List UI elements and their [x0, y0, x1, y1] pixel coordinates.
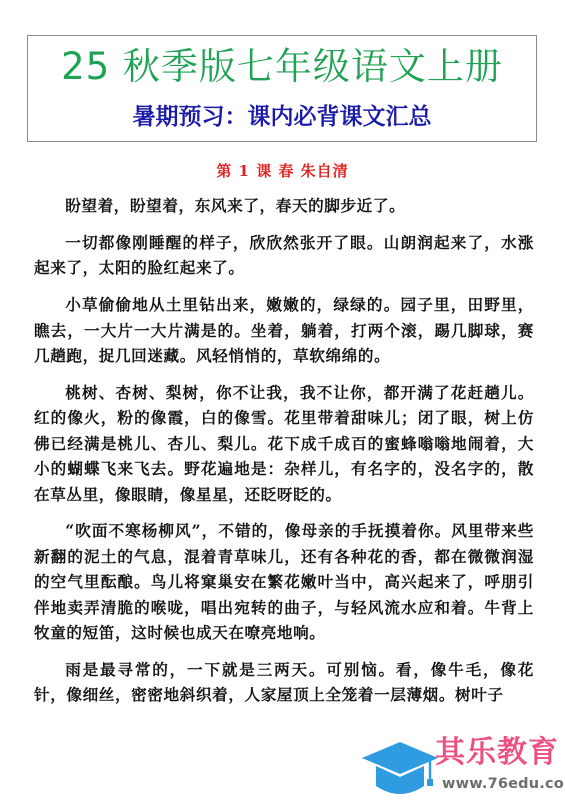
paragraph: “吹面不寒杨柳风”，不错的，像母亲的手抚摸着你。风里带来些新翻的泥土的气息，混着…	[34, 518, 534, 645]
paragraph: 桃树、杏树、梨树，你不让我，我不让你，都开满了花赶趟儿。红的像火，粉的像霞，白的…	[34, 380, 534, 507]
lesson-body: 盼望着，盼望着，东风来了，春天的脚步近了。 一切都像刚睡醒的样子，欣欣然张开了眼…	[34, 193, 534, 719]
watermark-brand: 其乐教育	[435, 735, 559, 771]
graduation-cap-icon	[360, 740, 440, 800]
paragraph: 小草偷偷地从土里钻出来，嫩嫩的，绿绿的。园子里，田野里，瞧去，一大片一大片满是的…	[34, 292, 534, 368]
paragraph: 雨是最寻常的，一下就是三两天。可别恼。看，像牛毛，像花针，像细丝，密密地斜织着，…	[34, 657, 534, 708]
paragraph: 盼望着，盼望着，东风来了，春天的脚步近了。	[34, 193, 534, 218]
watermark: 其乐教育 www.76edu.com	[360, 735, 565, 800]
lesson-heading: 第 1 课 春 朱自清	[0, 160, 565, 182]
watermark-url: www.76edu.com	[442, 775, 565, 793]
page-title: 25 秋季版七年级语文上册	[28, 45, 536, 89]
page-subtitle: 暑期预习：课内必背课文汇总	[28, 102, 536, 132]
title-box: 25 秋季版七年级语文上册 暑期预习：课内必背课文汇总	[27, 35, 537, 142]
paragraph: 一切都像刚睡醒的样子，欣欣然张开了眼。山朗润起来了，水涨起来了，太阳的脸红起来了…	[34, 230, 534, 281]
